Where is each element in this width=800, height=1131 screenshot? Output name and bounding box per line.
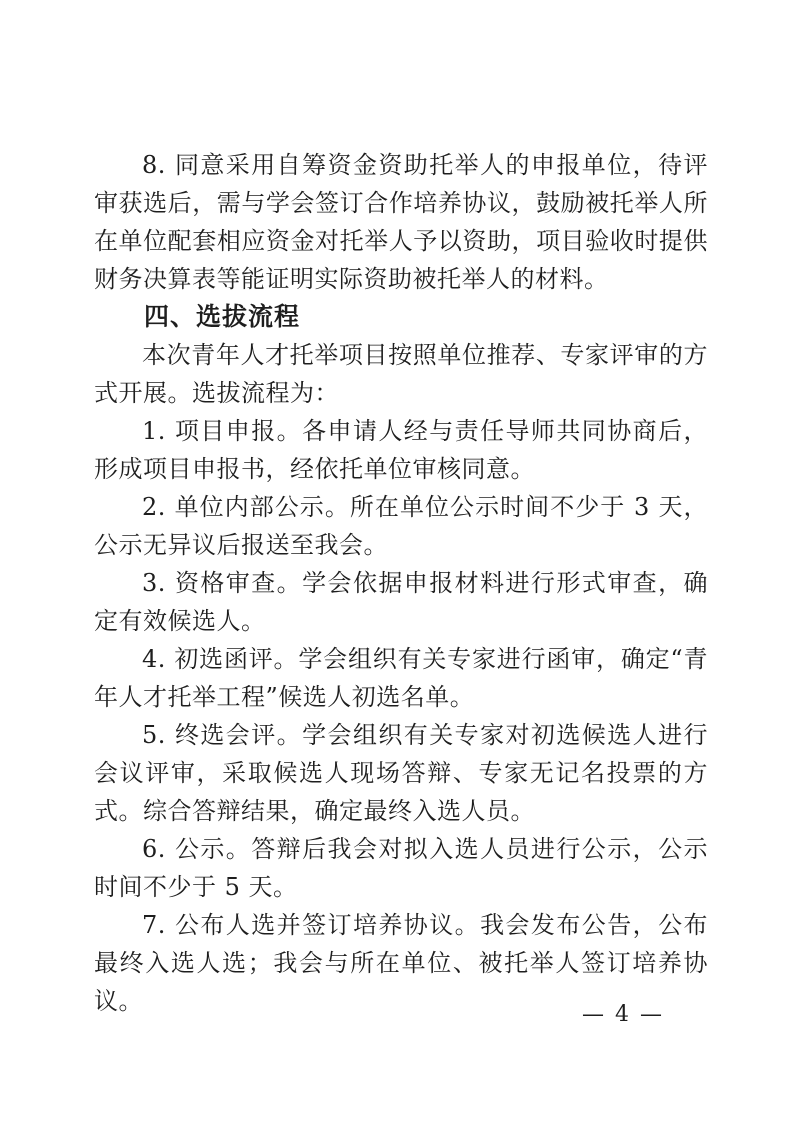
step-paragraph-1: 1. 项目申报。各申请人经与责任导师共同协商后，形成项目申报书，经依托单位审核同… [94, 412, 708, 488]
paragraph-item-8: 8. 同意采用自筹资金资助托举人的申报单位，待评审获选后，需与学会签订合作培养协… [94, 146, 708, 298]
document-page: 8. 同意采用自筹资金资助托举人的申报单位，待评审获选后，需与学会签订合作培养协… [0, 0, 800, 1131]
step-paragraph-5: 5. 终选会评。学会组织有关专家对初选候选人进行会议评审，采取候选人现场答辩、专… [94, 716, 708, 830]
page-footer: — 4 — [582, 1000, 664, 1030]
step-paragraph-4: 4. 初选函评。学会组织有关专家进行函审，确定“青年人才托举工程”候选人初选名单… [94, 640, 708, 716]
intro-paragraph: 本次青年人才托举项目按照单位推荐、专家评审的方式开展。选拔流程为： [94, 336, 708, 412]
page-number: — 4 — [582, 1002, 664, 1027]
step-paragraph-3: 3. 资格审查。学会依据申报材料进行形式审查，确定有效候选人。 [94, 564, 708, 640]
step-paragraph-6: 6. 公示。答辩后我会对拟入选人员进行公示，公示时间不少于 5 天。 [94, 830, 708, 906]
step-paragraph-2: 2. 单位内部公示。所在单位公示时间不少于 3 天，公示无异议后报送至我会。 [94, 488, 708, 564]
section-heading-selection-process: 四、选拔流程 [94, 298, 708, 336]
document-body: 8. 同意采用自筹资金资助托举人的申报单位，待评审获选后，需与学会签订合作培养协… [94, 146, 708, 1020]
